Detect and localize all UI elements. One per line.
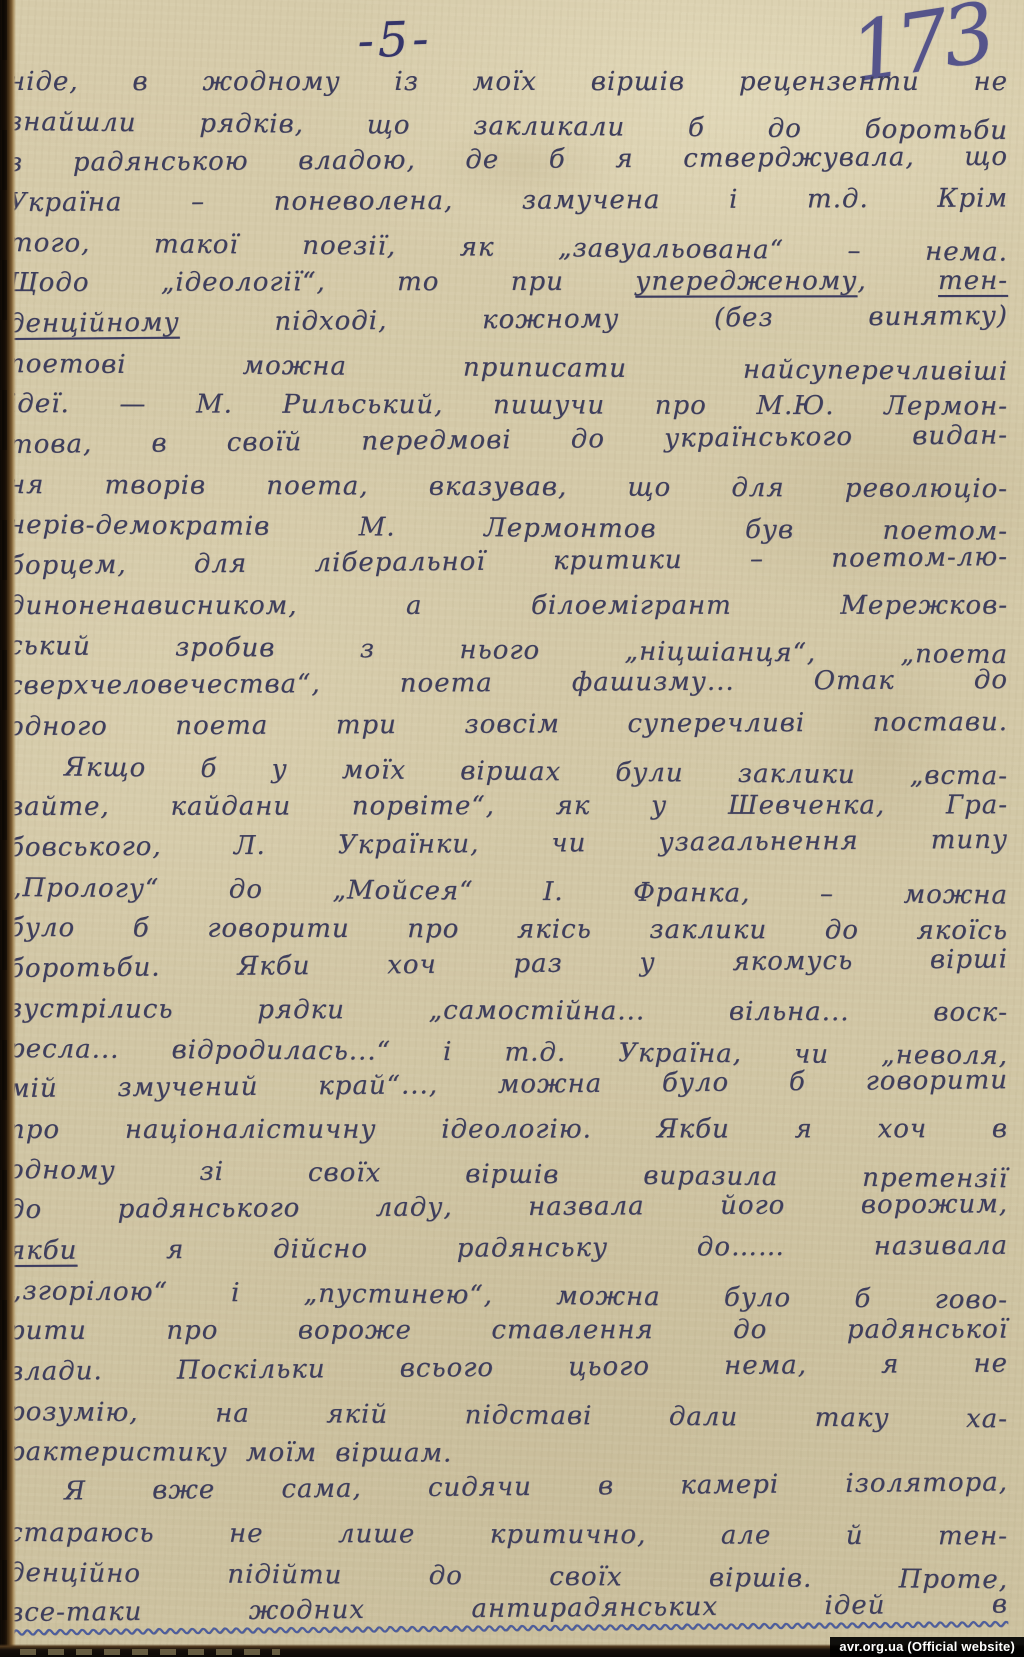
handwritten-text: сверхчеловечества“, поета фашизму... Ота…: [8, 666, 1008, 702]
manuscript-lines: ніде, в жодному із моїх віршів рецензент…: [8, 62, 1008, 1634]
manuscript-line: борцем, для ліберальної критики – поетом…: [8, 537, 1008, 586]
manuscript-line: все-таки жодних антирадянських ідей в: [8, 1585, 1008, 1634]
handwritten-text: бовського, Л. Українки, чи узагальнення …: [8, 824, 1008, 862]
handwritten-text: рактеристику моїм віршам.: [8, 1437, 452, 1468]
manuscript-line: стараюсь не лише критично, але й тен-: [8, 1513, 1008, 1557]
handwritten-text: ніде, в жодному із моїх віршів рецензент…: [8, 67, 1008, 97]
manuscript-line: Україна – поневолена, замучена і т.д. Кр…: [8, 178, 1008, 223]
handwritten-text: Україна – поневолена, замучена і т.д. Кр…: [8, 183, 1008, 218]
manuscript-line: диноненависником, а білоемігрант Мережко…: [8, 586, 1008, 627]
manuscript-line: влади. Поскільки всього цього нема, я не: [8, 1343, 1008, 1392]
manuscript-line: про націоналістичну ідеологію. Якби я хо…: [8, 1109, 1008, 1150]
underlined-handwritten-text: тен-: [938, 266, 1008, 296]
handwritten-text: до радянського ладу, назвала його ворожи…: [8, 1190, 1008, 1226]
handwritten-text: про націоналістичну ідеологію. Якби я хо…: [8, 1114, 1008, 1145]
handwritten-text: поетові можна приписати найсуперечливіші: [8, 349, 1008, 387]
handwritten-text: підході, кожному (без винятку): [179, 301, 1008, 338]
watermark-badge: avr.org.ua (Official website): [830, 1637, 1024, 1657]
manuscript-line: ніде, в жодному із моїх віршів рецензент…: [8, 62, 1008, 102]
handwritten-text: Я вже сама, сидячи в камері ізолятора,: [64, 1468, 1008, 1507]
underlined-handwritten-text: якби: [8, 1235, 78, 1265]
handwritten-text: я дійсно радянську до…… називала: [77, 1230, 1008, 1265]
handwritten-text: ня творів поета, вказував, що для револю…: [8, 470, 1008, 504]
handwritten-text: зустрілись рядки „самостійна... вільна..…: [8, 994, 1008, 1028]
handwritten-text: борцем, для ліберальної критики – поетом…: [8, 542, 1008, 581]
manuscript-line: зустрілись рядки „самостійна... вільна..…: [8, 989, 1008, 1033]
handwritten-text: влади. Поскільки всього цього нема, я не: [8, 1348, 1008, 1386]
manuscript-line: одного поета три зовсім суперечливі пост…: [8, 702, 1008, 747]
handwritten-text: рити про вороже ставлення до радянської: [8, 1315, 1008, 1346]
handwritten-text: „Прологу“ до „Мойсея“ І. Франка, – можна: [8, 873, 1008, 911]
scanned-document-page: { "page_header": { "page_label": "-5-", …: [0, 0, 1024, 1657]
manuscript-line: бовського, Л. Українки, чи узагальнення …: [8, 819, 1008, 867]
handwritten-text: одного поета три зовсім суперечливі пост…: [8, 707, 1008, 742]
handwritten-text: стараюсь не лише критично, але й тен-: [8, 1518, 1008, 1551]
handwritten-text: мій змучений край“..., можна було б гово…: [8, 1066, 1008, 1105]
manuscript-line: ня творів поета, вказував, що для револю…: [8, 465, 1008, 509]
underlined-handwritten-text: упередженому: [635, 267, 857, 297]
manuscript-line: денційному підході, кожному (без винятку…: [8, 296, 1008, 344]
next-page-edge-marks: [20, 1649, 280, 1655]
handwritten-text: диноненависником, а білоемігрант Мережко…: [8, 591, 1008, 621]
handwritten-text: вайте, кайдани порвіте“, як у Шевченка, …: [8, 791, 1008, 823]
manuscript-line: Я вже сама, сидячи в камері ізолятора,: [8, 1463, 1008, 1513]
manuscript-line: мій змучений край“..., можна було б гово…: [8, 1061, 1008, 1110]
handwritten-text: това, в своїй передмові до українського …: [8, 420, 1008, 460]
manuscript-line: до радянського ладу, назвала його ворожи…: [8, 1185, 1008, 1231]
handwritten-text: Щодо „ідеології“, то при: [8, 267, 635, 298]
handwritten-text: розумію, на якій підставі дали таку ха-: [8, 1397, 1008, 1434]
handwritten-text: ,: [857, 267, 938, 297]
underlined-handwritten-text: денційному: [8, 307, 180, 338]
manuscript-line: якби я дійсно радянську до…… називала: [8, 1225, 1008, 1271]
underlined-handwritten-text: все-таки жодних антирадянських ідей в: [8, 1590, 1008, 1629]
handwritten-text: з радянською владою, де б я стверджувала…: [8, 141, 1008, 177]
manuscript-line: сверхчеловечества“, поета фашизму... Ота…: [8, 661, 1008, 707]
manuscript-line: з радянською владою, де б я стверджувала…: [8, 136, 1008, 183]
scan-edge-left: [0, 0, 16, 1657]
handwritten-text: боротьби. Якби хоч раз у якомусь вірші: [8, 944, 1008, 984]
